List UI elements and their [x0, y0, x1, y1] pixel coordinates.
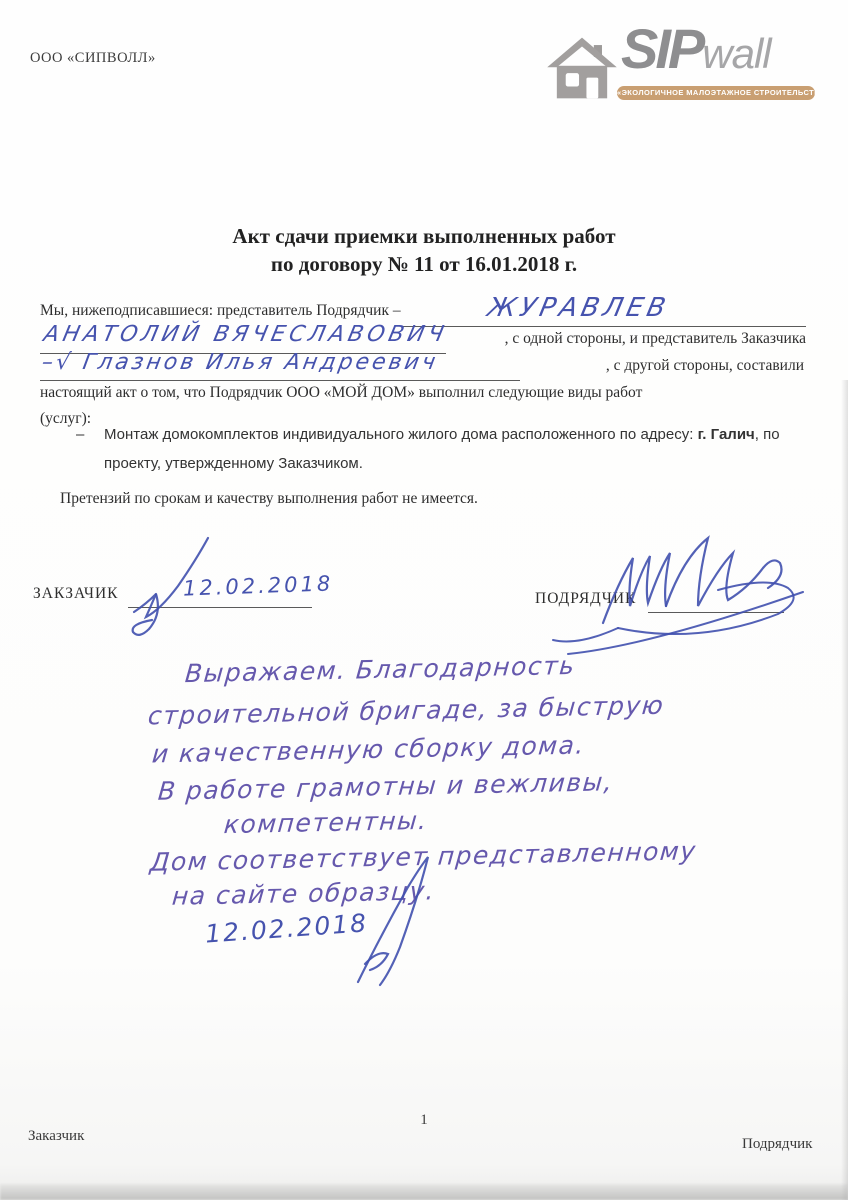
- review-line: В работе грамотны и вежливы,: [157, 767, 615, 806]
- blank-line-3: [40, 380, 520, 381]
- intro-text: Мы, нижеподписавшиеся: представитель Под…: [40, 302, 401, 320]
- review-line: строительной бригаде, за быструю: [147, 691, 666, 731]
- contractor-signature-ink: [548, 528, 810, 658]
- footer-customer-label: Заказчик: [28, 1128, 84, 1145]
- bullet-line2: проекту, утвержденному Заказчиком.: [104, 455, 363, 472]
- logo-sip-text: SIP: [621, 17, 702, 80]
- bullet-city-bold: г. Галич: [698, 426, 755, 443]
- handwritten-name-contractor: ЖУРАВЛЕВ: [485, 293, 672, 323]
- review-line: Выражаем. Благодарность: [184, 651, 577, 688]
- customer-signature-ink: [116, 536, 248, 644]
- page-number: 1: [0, 1112, 848, 1129]
- scanned-document-page: ООО «СИПВОЛЛ» SIPwall «ЭКОЛОГИЧНОЕ МАЛОЭ…: [0, 0, 848, 1200]
- logo-wall-text: wall: [702, 30, 770, 77]
- footer-contractor-label: Подрядчик: [742, 1136, 812, 1153]
- document-title-line2: по договору № 11 от 16.01.2018 г.: [0, 252, 848, 277]
- scan-edge-shadow: [841, 380, 848, 1200]
- bullet-pre-text: Монтаж домокомплектов индивидуального жи…: [104, 426, 698, 443]
- bullet-line1: Монтаж домокомплектов индивидуального жи…: [104, 426, 780, 443]
- handwritten-name-customer: –√ Глазнов Илья Андреевич: [40, 350, 440, 375]
- after-name2-text: , с одной стороны, и представитель Заказ…: [505, 330, 806, 348]
- logo-tagline: «ЭКОЛОГИЧНОЕ МАЛОЭТАЖНОЕ СТРОИТЕЛЬСТВО»: [617, 86, 815, 100]
- handwritten-patronymic-contractor: АНАТОЛИЙ ВЯЧЕСЛАВОВИЧ: [41, 322, 450, 347]
- document-title-line1: Акт сдачи приемки выполненных работ: [0, 224, 848, 249]
- scan-bottom-shadow: [0, 1184, 848, 1200]
- after-name3-text: , с другой стороны, составили: [606, 357, 804, 375]
- house-icon: [545, 36, 619, 100]
- customer-label: ЗАКЗАЧИК: [33, 585, 119, 603]
- review-line: компетентны.: [223, 806, 429, 839]
- act-statement-text: настоящий акт о том, что Подрядчик ООО «…: [40, 384, 642, 402]
- company-name: ООО «СИПВОЛЛ»: [30, 50, 156, 67]
- no-claims-text: Претензий по срокам и качеству выполнени…: [60, 490, 478, 508]
- bullet-dash: –: [76, 426, 84, 443]
- review-line: и качественную сборку дома.: [151, 730, 586, 768]
- blank-line-1: [402, 326, 806, 327]
- bullet-post-text: , по: [755, 426, 780, 443]
- sipwall-logo: SIPwall «ЭКОЛОГИЧНОЕ МАЛОЭТАЖНОЕ СТРОИТЕ…: [545, 30, 821, 106]
- review-signature-ink: [330, 852, 440, 987]
- logo-text: SIPwall: [621, 16, 771, 81]
